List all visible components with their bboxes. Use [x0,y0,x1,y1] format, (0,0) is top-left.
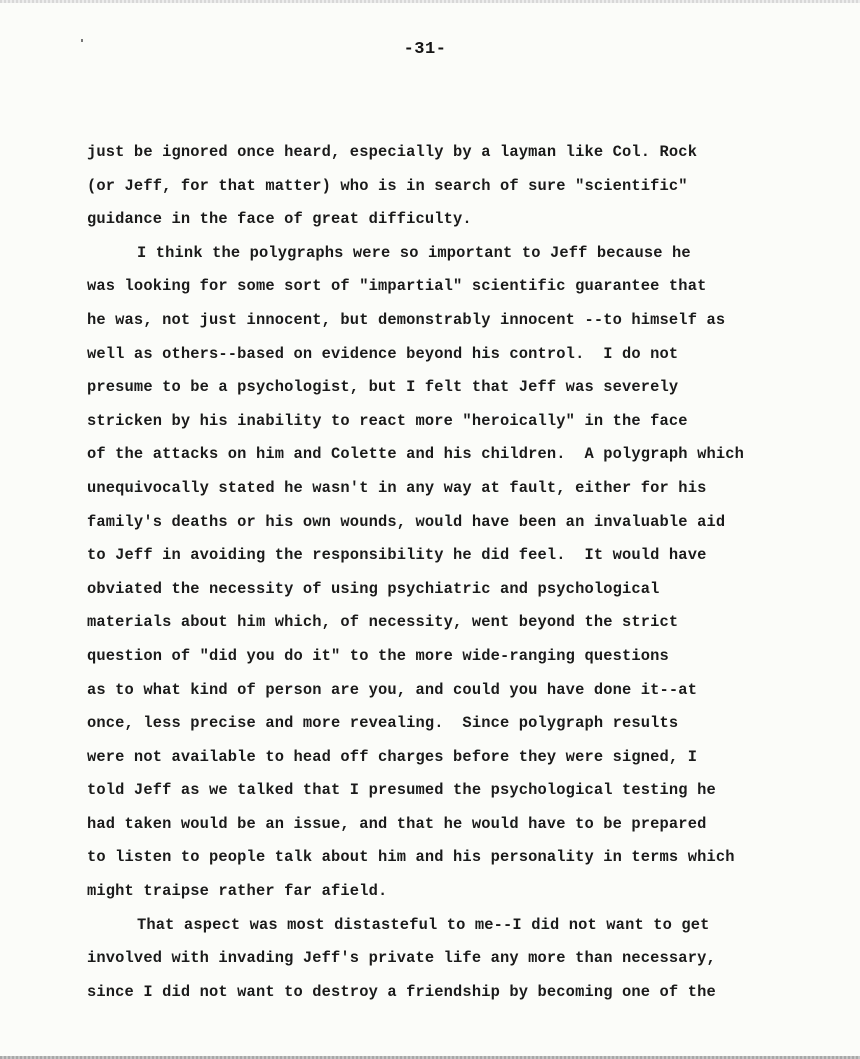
document-page: -31- just be ignored once heard, especia… [0,0,860,1059]
scan-edge-top [0,0,860,3]
text-line: stricken by his inability to react more … [87,409,847,443]
text-line: once, less precise and more revealing. S… [87,711,847,745]
text-line: presume to be a psychologist, but I felt… [87,375,847,409]
text-line: family's deaths or his own wounds, would… [87,510,847,544]
text-line: materials about him which, of necessity,… [87,610,847,644]
text-line: unequivocally stated he wasn't in any wa… [87,476,847,510]
text-line: as to what kind of person are you, and c… [87,678,847,712]
text-line: just be ignored once heard, especially b… [87,140,847,174]
text-line: well as others--based on evidence beyond… [87,342,847,376]
text-line: was looking for some sort of "impartial"… [87,274,847,308]
text-line: since I did not want to destroy a friend… [87,980,847,1014]
text-line: involved with invading Jeff's private li… [87,946,847,980]
text-line: to Jeff in avoiding the responsibility h… [87,543,847,577]
text-line: were not available to head off charges b… [87,745,847,779]
page-number-text: -31- [404,40,447,59]
text-line: he was, not just innocent, but demonstra… [87,308,847,342]
text-line: to listen to people talk about him and h… [87,845,847,879]
page-number: -31- [0,40,860,59]
body-text: just be ignored once heard, especially b… [87,140,847,1013]
text-line: (or Jeff, for that matter) who is in sea… [87,174,847,208]
text-line: might traipse rather far afield. [87,879,847,913]
text-line: had taken would be an issue, and that he… [87,812,847,846]
text-line: told Jeff as we talked that I presumed t… [87,778,847,812]
paragraph-first-line: I think the polygraphs were so important… [87,241,847,275]
text-line: of the attacks on him and Colette and hi… [87,442,847,476]
text-line: question of "did you do it" to the more … [87,644,847,678]
paragraph-first-line: That aspect was most distasteful to me--… [87,913,847,947]
text-line: obviated the necessity of using psychiat… [87,577,847,611]
text-line: guidance in the face of great difficulty… [87,207,847,241]
